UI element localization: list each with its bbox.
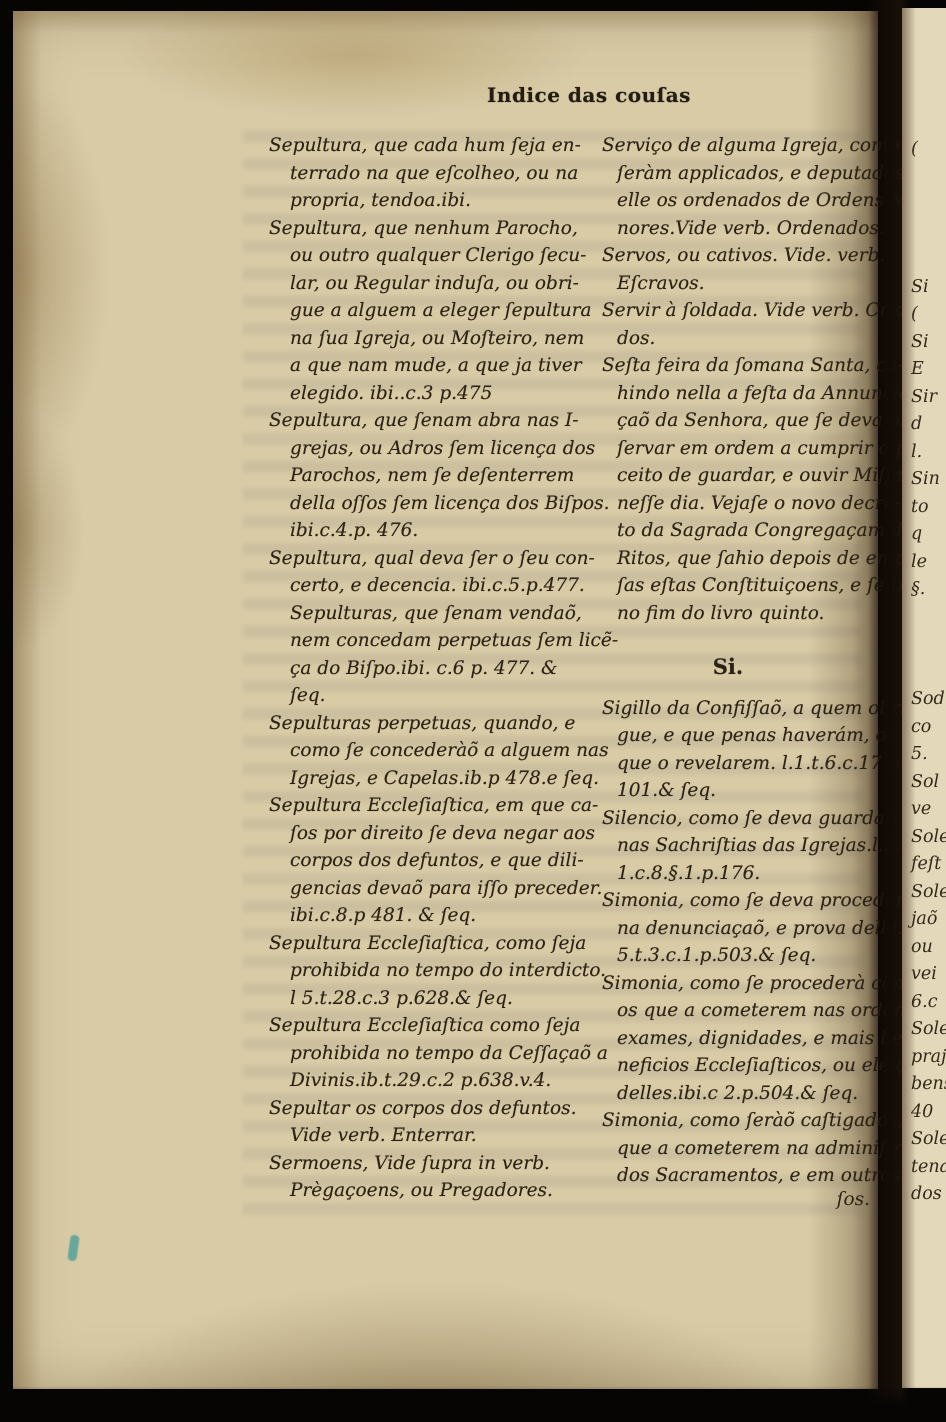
edge-fragment: Si bbox=[911, 274, 946, 302]
edge-fragment: Solen bbox=[911, 879, 946, 907]
edge-fragment: d bbox=[911, 411, 946, 439]
entry-line: dos Sacramentos, e em outros ca- bbox=[602, 1162, 894, 1190]
entry-line: Simonia, como ſe deva proceder bbox=[602, 887, 894, 915]
edge-fragment bbox=[911, 246, 946, 274]
entry-line: 101.& ſeq. bbox=[602, 777, 894, 805]
entry-line: nores.Vide verb. Ordenados. bbox=[602, 215, 894, 243]
entry-line: prohibida no tempo da Ceſſaçaõ a bbox=[269, 1040, 603, 1068]
entry-line: Igrejas, e Capelas.ib.p 478.e ſeq. bbox=[269, 765, 603, 793]
index-entry: Sepultura Eccleſiaſtica, em que ca-ſos p… bbox=[269, 792, 603, 930]
edge-fragment: Sol bbox=[911, 769, 946, 797]
entry-line: Vide verb. Enterrar. bbox=[269, 1122, 603, 1150]
index-entry: Simonia, como ſe deva procederna denunci… bbox=[602, 887, 894, 970]
entry-line: Sepultura Eccleſiaſtica, como ſeja bbox=[269, 930, 603, 958]
entry-line: lar, ou Regular induſa, ou obri- bbox=[269, 270, 603, 298]
entry-line: nas Sachriſtias das Igrejas.l.2.t. bbox=[602, 832, 894, 860]
edge-fragment: ve bbox=[911, 796, 946, 824]
entry-line: çaõ da Senhora, que ſe deva ob- bbox=[602, 407, 894, 435]
edge-fragment: Solen bbox=[911, 1016, 946, 1044]
entry-line: Sepultura, que ſenam abra nas I- bbox=[269, 407, 603, 435]
entry-line: ou outro qualquer Clerigo ſecu- bbox=[269, 242, 603, 270]
entry-line: gencias devaõ para iſſo preceder. bbox=[269, 875, 603, 903]
entry-line: na denunciaçaõ, e prova della. l. bbox=[602, 915, 894, 943]
book-scan: { "header": { "title": "Indice das couſa… bbox=[0, 0, 946, 1422]
edge-fragment bbox=[911, 659, 946, 687]
index-entry: Seſta feira da ſomana Santa, ca-hindo ne… bbox=[602, 352, 894, 627]
index-entry: Sigillo da Confiſſaõ, a quem obri-gue, e… bbox=[602, 695, 894, 805]
entry-line: Serviço de alguma Igreja, como bbox=[602, 132, 894, 160]
entry-line: exames, dignidades, e mais be- bbox=[602, 1025, 894, 1053]
entry-line: elle os ordenados de Ordens Me- bbox=[602, 187, 894, 215]
entry-line: Si. bbox=[602, 653, 854, 681]
index-entry: Silencio, como ſe deva guardarnas Sachri… bbox=[602, 805, 894, 888]
index-entry: Servos, ou cativos. Vide. verb.Eſcravos. bbox=[602, 242, 894, 297]
entry-line: certo, e decencia. ibi.c.5.p.477. bbox=[269, 572, 603, 600]
section-heading: Si. bbox=[602, 653, 854, 681]
entry-line: ſeq. bbox=[269, 682, 603, 710]
edge-fragment: 5. bbox=[911, 741, 946, 769]
entry-line: gue, e que penas haverám, os bbox=[602, 722, 894, 750]
index-entry: Simonia, como ſe procederà contraos que … bbox=[602, 970, 894, 1108]
entry-line: Sepultura, que cada hum ſeja en- bbox=[269, 132, 603, 160]
page-header: Indice das couſas bbox=[487, 83, 691, 107]
edge-fragment: q bbox=[911, 521, 946, 549]
edge-fragment bbox=[911, 604, 946, 632]
index-entry: Sepultura, que cada hum ſeja en-terrado … bbox=[269, 132, 603, 215]
edge-fragment: ou bbox=[911, 934, 946, 962]
page-bottom-edge bbox=[0, 1386, 946, 1422]
entry-line: terrado na que eſcolheo, ou na bbox=[269, 160, 603, 188]
entry-line: Sepultura, qual deva ſer o ſeu con- bbox=[269, 545, 603, 573]
edge-fragment bbox=[911, 219, 946, 247]
edge-fragment: le bbox=[911, 549, 946, 577]
entry-line: Sepultura, que nenhum Parocho, bbox=[269, 215, 603, 243]
entry-line: nem concedam perpetuas ſem licẽ- bbox=[269, 627, 603, 655]
index-entry: Sepultar os corpos dos defuntos.Vide ver… bbox=[269, 1095, 603, 1150]
facing-page-edge: (Si(SiESirdl.Sintoqle§.Sodco5.SolveSolef… bbox=[902, 8, 946, 1388]
edge-fragment bbox=[911, 164, 946, 192]
index-entry: Sepultura, qual deva ſer o ſeu con-certo… bbox=[269, 545, 603, 600]
entry-line: 1.c.8.§.1.p.176. bbox=[602, 860, 894, 888]
edge-fragment: Sole bbox=[911, 824, 946, 852]
edge-fragment: 40 bbox=[911, 1099, 946, 1127]
edge-fragment: Solem bbox=[911, 1126, 946, 1154]
edge-fragment: jaõ bbox=[911, 906, 946, 934]
edge-fragment: §. bbox=[911, 576, 946, 604]
entry-line: Eſcravos. bbox=[602, 270, 894, 298]
edge-fragment: Sir bbox=[911, 384, 946, 412]
edge-fragment: to bbox=[911, 494, 946, 522]
entry-line: Servir à ſoldada. Vide verb. Cria- bbox=[602, 297, 894, 325]
entry-line: no fim do livro quinto. bbox=[602, 600, 894, 628]
entry-line: to da Sagrada Congregaçam dos bbox=[602, 517, 894, 545]
entry-line: Servos, ou cativos. Vide. verb. bbox=[602, 242, 894, 270]
index-entry: Sepultura, que ſenam abra nas I-grejas, … bbox=[269, 407, 603, 545]
index-entry: Servir à ſoldada. Vide verb. Cria-dos. bbox=[602, 297, 894, 352]
edge-fragment bbox=[911, 631, 946, 659]
index-entry: Simonia, como ſeràõ caſtigados, osque a … bbox=[602, 1107, 894, 1190]
edge-fragment: co bbox=[911, 714, 946, 742]
entry-line: 5.t.3.c.1.p.503.& ſeq. bbox=[602, 942, 894, 970]
edge-fragment: vei bbox=[911, 961, 946, 989]
entry-line: ſos por direito ſe deva negar aos bbox=[269, 820, 603, 848]
index-entry: Sepultura Eccleſiaſtica como ſejaprohibi… bbox=[269, 1012, 603, 1095]
edge-fragment bbox=[911, 191, 946, 219]
entry-line: Simonia, como ſeràõ caſtigados, os bbox=[602, 1107, 894, 1135]
entry-line: ibi.c.8.p 481. & ſeq. bbox=[269, 902, 603, 930]
catchword: ſos. bbox=[602, 1189, 870, 1210]
edge-fragment: Sod bbox=[911, 686, 946, 714]
edge-fragment: ( bbox=[911, 301, 946, 329]
index-entry: Serviço de alguma Igreja, comoſeràm appl… bbox=[602, 132, 894, 242]
entry-line: hindo nella a feſta da Annuncia- bbox=[602, 380, 894, 408]
index-entry: Sepultura Eccleſiaſtica, como ſejaprohib… bbox=[269, 930, 603, 1013]
entry-line: l 5.t.28.c.3 p.628.& ſeq. bbox=[269, 985, 603, 1013]
entry-line: neſſe dia. Vejaſe o novo decre- bbox=[602, 490, 894, 518]
entry-line: Seſta feira da ſomana Santa, ca- bbox=[602, 352, 894, 380]
entry-line: Sepultura Eccleſiaſtica como ſeja bbox=[269, 1012, 603, 1040]
edge-fragment: Si bbox=[911, 329, 946, 357]
entry-line: Sigillo da Confiſſaõ, a quem obri- bbox=[602, 695, 894, 723]
entry-line: grejas, ou Adros ſem licença dos bbox=[269, 435, 603, 463]
index-column-right: Serviço de alguma Igreja, comoſeràm appl… bbox=[602, 132, 894, 1222]
index-column-left: Sepultura, que cada hum ſeja en-terrado … bbox=[269, 132, 603, 1205]
entry-line: delles.ibi.c 2.p.504.& ſeq. bbox=[602, 1080, 894, 1108]
entry-line: Silencio, como ſe deva guardar bbox=[602, 805, 894, 833]
entry-line: Sepultar os corpos dos defuntos. bbox=[269, 1095, 603, 1123]
edge-fragment: Sin bbox=[911, 466, 946, 494]
entry-line: Parochos, nem ſe deſenterrem bbox=[269, 462, 603, 490]
entry-line: ſervar em ordem a cumprir o pre- bbox=[602, 435, 894, 463]
index-entry: Sepulturas, que ſenam vendaõ,nem conceda… bbox=[269, 600, 603, 710]
edge-fragment: dos bbox=[911, 1181, 946, 1209]
entry-line: Sepulturas, que ſenam vendaõ, bbox=[269, 600, 603, 628]
index-entry: Sepultura, que nenhum Parocho,ou outro q… bbox=[269, 215, 603, 408]
entry-line: della oſſos ſem licença dos Biſpos. bbox=[269, 490, 603, 518]
edge-fragment: bens bbox=[911, 1071, 946, 1099]
entry-line: que a cometerem na adminiſtraçaõ bbox=[602, 1135, 894, 1163]
entry-line: ceito de guardar, e ouvir Miſſa bbox=[602, 462, 894, 490]
index-entry: Sermoens, Vide ſupra in verb.Prègaçoens,… bbox=[269, 1150, 603, 1205]
edge-fragment: praj bbox=[911, 1044, 946, 1072]
entry-line: Simonia, como ſe procederà contra bbox=[602, 970, 894, 998]
entry-line: Sepultura Eccleſiaſtica, em que ca- bbox=[269, 792, 603, 820]
edge-fragment: 6.c bbox=[911, 989, 946, 1017]
entry-line: ſas eſtas Conſtituiçoens, e ſe traz bbox=[602, 572, 894, 600]
entry-line: Ritos, que ſahio depois de empreſ- bbox=[602, 545, 894, 573]
entry-line: os que a cometerem nas ordens, bbox=[602, 997, 894, 1025]
entry-line: Divinis.ib.t.29.c.2 p.638.v.4. bbox=[269, 1067, 603, 1095]
entry-line: ça do Biſpo.ibi. c.6 p. 477. & bbox=[269, 655, 603, 683]
entry-line: na ſua Igreja, ou Moſteiro, nem bbox=[269, 325, 603, 353]
scanned-page: Indice das couſas Sepultura, que cada hu… bbox=[13, 11, 878, 1389]
edge-text-fragments: (Si(SiESirdl.Sintoqle§.Sodco5.SolveSolef… bbox=[911, 136, 946, 1209]
entry-line: gue a alguem a eleger ſepultura bbox=[269, 297, 603, 325]
index-entry: Sepulturas perpetuas, quando, ecomo ſe c… bbox=[269, 710, 603, 793]
entry-line: como ſe concederàõ a alguem nas bbox=[269, 737, 603, 765]
edge-fragment: ( bbox=[911, 136, 946, 164]
edge-fragment: feſt bbox=[911, 851, 946, 879]
entry-line: Sepulturas perpetuas, quando, e bbox=[269, 710, 603, 738]
entry-line: ibi.c.4.p. 476. bbox=[269, 517, 603, 545]
edge-fragment: E bbox=[911, 356, 946, 384]
entry-line: neficios Eccleſiaſticos, ou eleiçaõ bbox=[602, 1052, 894, 1080]
entry-line: propria, tendoa.ibi. bbox=[269, 187, 603, 215]
entry-line: elegido. ibi..c.3 p.475 bbox=[269, 380, 603, 408]
entry-line: que o revelarem. l.1.t.6.c.17.p. bbox=[602, 750, 894, 778]
entry-line: prohibida no tempo do interdicto. bbox=[269, 957, 603, 985]
edge-fragment: tena bbox=[911, 1154, 946, 1182]
entry-line: ſeràm applicados, e deputados a bbox=[602, 160, 894, 188]
entry-line: corpos dos defuntos, e que dili- bbox=[269, 847, 603, 875]
entry-line: Prègaçoens, ou Pregadores. bbox=[269, 1177, 603, 1205]
blue-ink-mark bbox=[67, 1235, 80, 1262]
entry-line: Sermoens, Vide ſupra in verb. bbox=[269, 1150, 603, 1178]
entry-line: dos. bbox=[602, 325, 894, 353]
entry-line: a que nam mude, a que ja tiver bbox=[269, 352, 603, 380]
edge-fragment: l. bbox=[911, 439, 946, 467]
